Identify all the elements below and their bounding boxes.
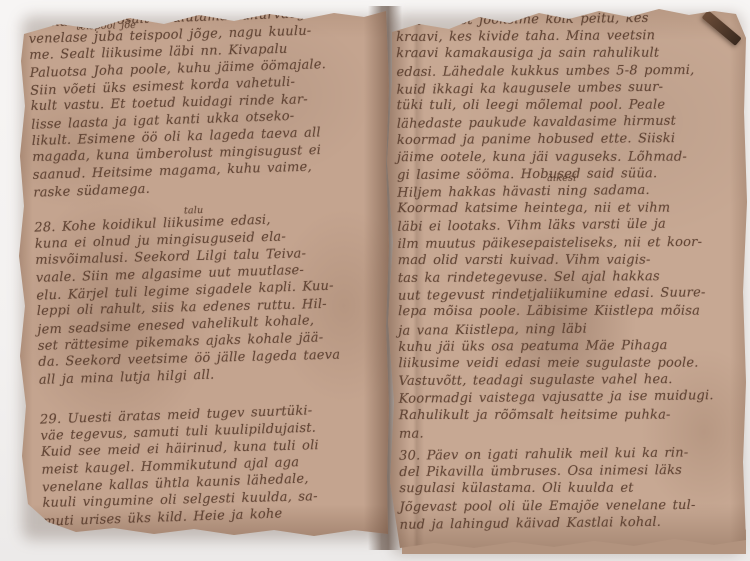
- right-page-text: matili, sest jooksime kõik peitu, keskra…: [396, 10, 748, 534]
- handwritten-line: Koormadgi vaistega vajusatte ja ise muid…: [399, 387, 747, 408]
- diary-left-page: kirikus juba osalt kuulutama kahurväegiv…: [14, 6, 390, 542]
- paragraph-continuation-right: matili, sest jooksime kõik peitu, keskra…: [396, 10, 747, 442]
- paragraph-entry-29: 29. Uuesti äratas meid tugev suurtüki-vä…: [40, 400, 395, 529]
- paragraph-entry-30: 30. Päev on igati rahulik meil kui ka ri…: [399, 445, 748, 533]
- handwritten-line: mad olid varsti kuivad. Vihm vaigis-: [398, 251, 746, 269]
- diary-photo: kirikus juba osalt kuulutama kahurväegiv…: [0, 0, 750, 561]
- left-page-text: kirikus juba osalt kuulutama kahurväegiv…: [28, 4, 395, 530]
- interline-insertion: äikesi: [547, 174, 576, 184]
- handwritten-line: nud ja lahingud käivad Kastlai kohal.: [399, 513, 747, 534]
- handwritten-line: sugulasi külastama. Oli kuulda et: [399, 480, 747, 498]
- paragraph-continuation: kirikus juba osalt kuulutama kahurväegiv…: [28, 4, 385, 201]
- handwritten-line: ilm muutus päikesepaisteliseks, nii et k…: [398, 233, 746, 253]
- handwritten-line: liikusime veidi edasi meie sugulaste poo…: [398, 355, 746, 373]
- handwritten-line: kraavi kamakausiga ja sain rahulikult: [396, 45, 744, 63]
- handwritten-line: jäime ootele, kuna jäi vaguseks. Lõhmad-: [397, 148, 745, 166]
- handwritten-line: koormad ja panime hobused ette. Siiski: [397, 130, 745, 150]
- interline-insertion: talu: [184, 206, 204, 217]
- handwritten-line: ja vana Kiistlepa, ning läbi: [398, 318, 746, 339]
- handwritten-line: del Pikavilla ümbruses. Osa inimesi läks: [399, 462, 747, 482]
- diary-right-page: matili, sest jooksime kõik peitu, keskra…: [384, 2, 748, 559]
- handwritten-line: lepa mõisa poole. Läbisime Kiistlepa mõi…: [398, 303, 746, 321]
- handwritten-line: ma.: [399, 422, 747, 443]
- paragraph-entry-28: 28. Kohe koidikul liikusime edasi,kuna e…: [34, 208, 391, 388]
- handwritten-line: kraavi, kes kivide taha. Mina veetsin: [396, 27, 744, 47]
- handwritten-line: Rahulikult ja rõõmsalt heitsime puhka-: [399, 406, 747, 424]
